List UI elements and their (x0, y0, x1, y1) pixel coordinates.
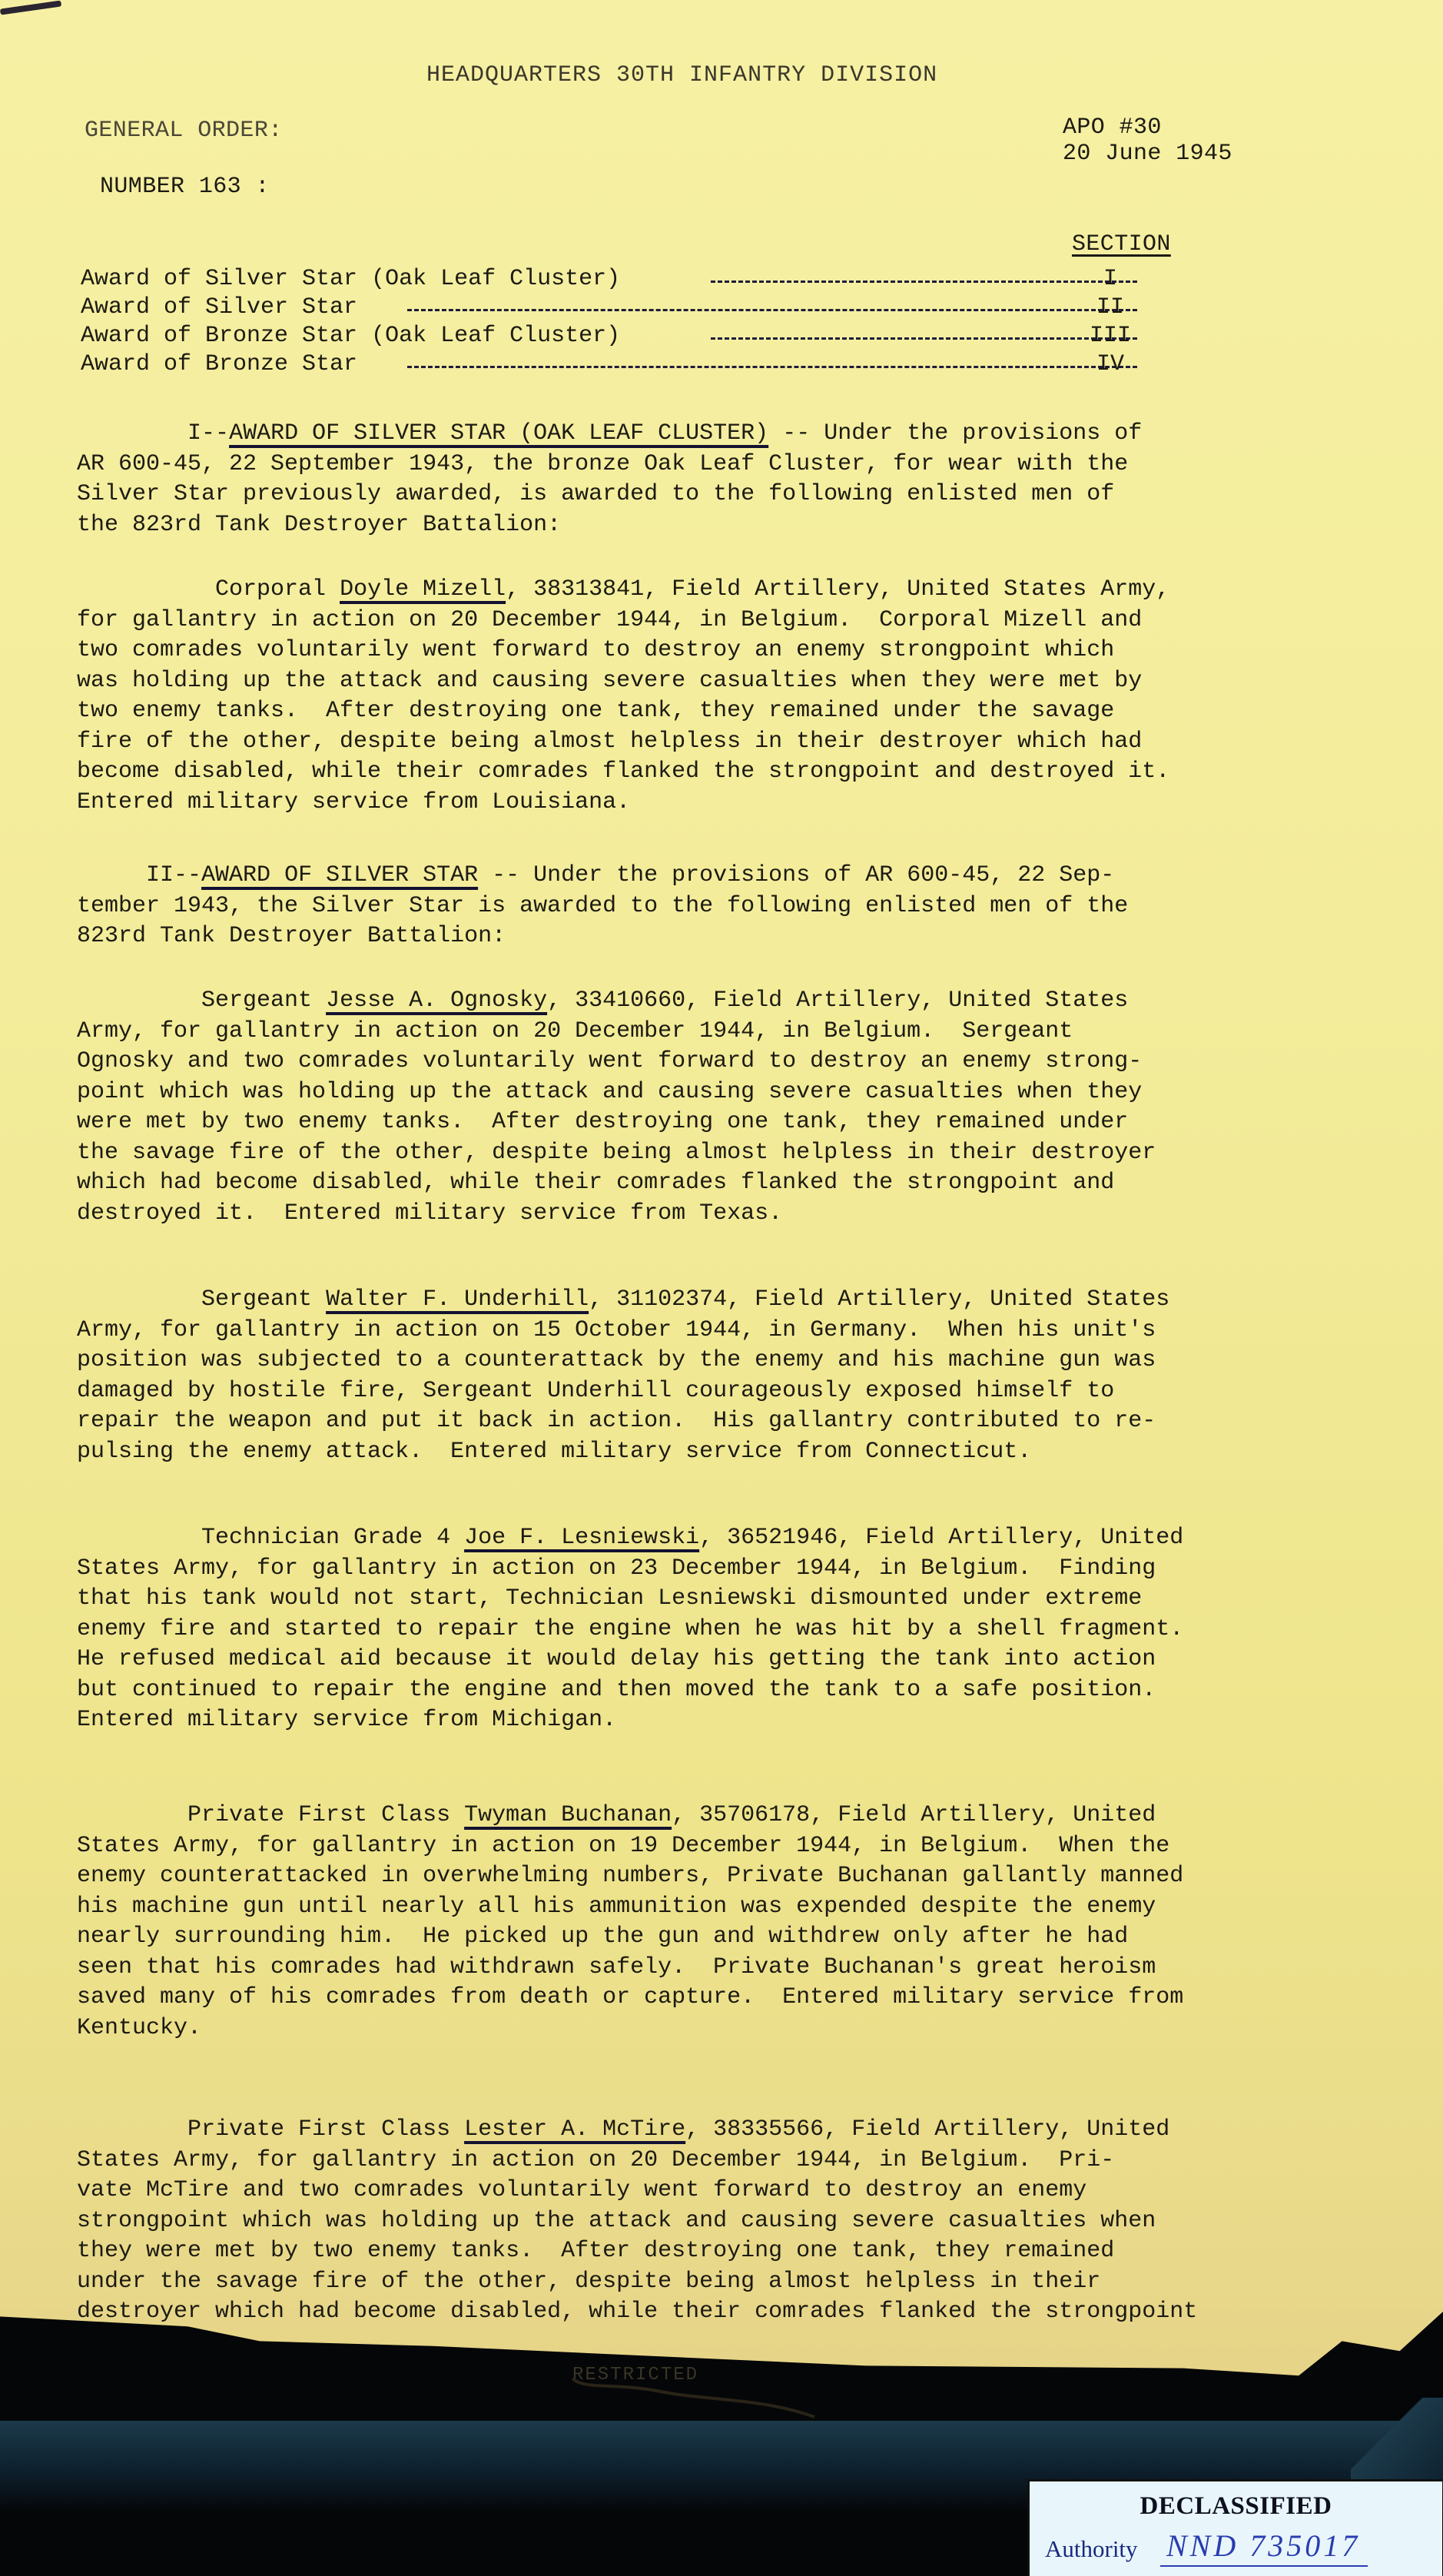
citation-line: which had become disabled, while their c… (77, 1168, 1414, 1199)
section-heading-line: II--AWARD OF SILVER STAR -- Under the pr… (77, 861, 1414, 891)
citation-line: Private First Class Twyman Buchanan, 357… (77, 1801, 1414, 1831)
torn-paper-corner (1351, 2398, 1443, 2482)
citation-line: two enemy tanks. After destroying one ta… (77, 696, 1414, 727)
section-number: II (146, 862, 174, 888)
citation-line: were met by two enemy tanks. After destr… (77, 1107, 1414, 1138)
citation-underhill: Sergeant Walter F. Underhill, 31102374, … (77, 1285, 1414, 1467)
awardee-name: Joe F. Lesniewski (464, 1525, 699, 1551)
toc-section-number: IV (1087, 350, 1133, 379)
awardee-name: Doyle Mizell (340, 576, 506, 603)
citation-line: Entered military service from Louisiana. (77, 788, 1414, 818)
citation-line: they were met by two enemy tanks. After … (77, 2236, 1414, 2267)
toc-row: Award of Bronze Star IV (81, 350, 357, 379)
awardee-name: Lester A. McTire (464, 2116, 685, 2143)
leader-dashes (711, 281, 1137, 283)
citation-line: Kentucky. (77, 2013, 1414, 2044)
citation-line: States Army, for gallantry in action on … (77, 2146, 1414, 2176)
awardee-name: Jesse A. Ognosky (326, 988, 547, 1014)
section-column-header: SECTION (1072, 231, 1171, 259)
section-i: I--AWARD OF SILVER STAR (OAK LEAF CLUSTE… (77, 419, 1414, 540)
citation-line: his machine gun until nearly all his amm… (77, 1892, 1414, 1923)
serial-number: 36521946 (727, 1525, 838, 1551)
citation-line: the savage fire of the other, despite be… (77, 1138, 1414, 1169)
intro-line: tember 1943, the Silver Star is awarded … (77, 891, 1414, 922)
intro-line: Silver Star previously awarded, is award… (77, 480, 1414, 510)
citation-line: destroyed it. Entered military service f… (77, 1199, 1414, 1230)
stamp-title: DECLASSIFIED (1030, 2492, 1442, 2521)
citation-line: but continued to repair the engine and t… (77, 1675, 1414, 1706)
citation-line: Sergeant Walter F. Underhill, 31102374, … (77, 1285, 1414, 1316)
toc-label: Award of Silver Star (81, 294, 357, 320)
citation-line: Corporal Doyle Mizell, 38313841, Field A… (77, 575, 1414, 606)
citation-line: nearly surrounding him. He picked up the… (77, 1922, 1414, 1953)
citation-line: enemy counterattacked in overwhelming nu… (77, 1861, 1414, 1892)
toc-row: Award of Bronze Star (Oak Leaf Cluster) … (81, 322, 620, 350)
section-number: I (187, 420, 201, 446)
citation-line: Technician Grade 4 Joe F. Lesniewski, 36… (77, 1523, 1414, 1554)
citation-line: damaged by hostile fire, Sergeant Underh… (77, 1376, 1414, 1407)
serial-number: 35706178 (699, 1802, 810, 1828)
section-heading-line: I--AWARD OF SILVER STAR (OAK LEAF CLUSTE… (77, 419, 1414, 450)
citation-line: Army, for gallantry in action on 20 Dece… (77, 1017, 1414, 1047)
citation-line: Private First Class Lester A. McTire, 38… (77, 2115, 1414, 2146)
citation-mizell: Corporal Doyle Mizell, 38313841, Field A… (77, 575, 1414, 818)
citation-mctire: Private First Class Lester A. McTire, 38… (77, 2115, 1414, 2328)
stamp-authority-label: Authority (1045, 2535, 1138, 2563)
citation-line: fire of the other, despite being almost … (77, 727, 1414, 758)
citation-line: States Army, for gallantry in action on … (77, 1831, 1414, 1862)
section-ii: II--AWARD OF SILVER STAR -- Under the pr… (77, 861, 1414, 952)
citation-line: pulsing the enemy attack. Entered milita… (77, 1437, 1414, 1468)
toc-row: Award of Silver Star (Oak Leaf Cluster) … (81, 265, 620, 294)
citation-line: point which was holding up the attack an… (77, 1077, 1414, 1108)
toc-row: Award of Silver Star II (81, 294, 357, 322)
general-order-label: GENERAL ORDER: (85, 117, 283, 145)
citation-line: become disabled, while their comrades fl… (77, 757, 1414, 788)
intro-line: AR 600-45, 22 September 1943, the bronze… (77, 450, 1414, 480)
toc-label: Award of Silver Star (Oak Leaf Cluster) (81, 266, 620, 292)
citation-line: enemy fire and started to repair the eng… (77, 1615, 1414, 1645)
apo-number: APO #30 (1063, 114, 1162, 142)
citation-line: under the savage fire of the other, desp… (77, 2267, 1414, 2298)
citation-ognosky: Sergeant Jesse A. Ognosky, 33410660, Fie… (77, 986, 1414, 1229)
citation-line: Entered military service from Michigan. (77, 1705, 1414, 1736)
order-date: 20 June 1945 (1063, 140, 1232, 168)
citation-line: for gallantry in action on 20 December 1… (77, 606, 1414, 636)
citation-line: vate McTire and two comrades voluntarily… (77, 2176, 1414, 2206)
stamp-authority-value: NND 735017 (1160, 2528, 1368, 2567)
serial-number: 31102374 (616, 1286, 727, 1313)
leader-dashes (711, 337, 1137, 340)
serial-number: 38335566 (713, 2116, 824, 2143)
intro-line: 823rd Tank Destroyer Battalion: (77, 921, 1414, 952)
toc-section-number: I (1087, 265, 1133, 294)
toc-section-number: III (1087, 322, 1133, 350)
toc-section-number: II (1087, 294, 1133, 322)
citation-lesniewski: Technician Grade 4 Joe F. Lesniewski, 36… (77, 1523, 1414, 1736)
citation-line: seen that his comrades had withdrawn saf… (77, 1953, 1414, 1983)
citation-line: strongpoint which was holding up the att… (77, 2206, 1414, 2237)
citation-line: Army, for gallantry in action on 15 Octo… (77, 1316, 1414, 1346)
serial-number: 33410660 (575, 988, 685, 1014)
citation-line: States Army, for gallantry in action on … (77, 1554, 1414, 1585)
citation-line: saved many of his comrades from death or… (77, 1983, 1414, 2013)
awardee-name: Twyman Buchanan (464, 1802, 672, 1828)
headquarters-title: HEADQUARTERS 30TH INFANTRY DIVISION (426, 61, 937, 90)
citation-line: destroyer which had become disabled, whi… (77, 2297, 1414, 2328)
section-heading: AWARD OF SILVER STAR (201, 862, 478, 888)
citation-line: He refused medical aid because it would … (77, 1645, 1414, 1675)
order-number: NUMBER 163 : (100, 173, 270, 201)
intro-line: the 823rd Tank Destroyer Battalion: (77, 510, 1414, 541)
leader-dashes (407, 309, 1137, 311)
citation-line: was holding up the attack and causing se… (77, 666, 1414, 697)
toc-label: Award of Bronze Star (81, 351, 357, 377)
leader-dashes (407, 366, 1137, 368)
citation-line: Sergeant Jesse A. Ognosky, 33410660, Fie… (77, 986, 1414, 1017)
pen-stroke-icon (569, 2375, 822, 2421)
citation-line: repair the weapon and put it back in act… (77, 1406, 1414, 1437)
toc-label: Award of Bronze Star (Oak Leaf Cluster) (81, 323, 620, 349)
citation-line: position was subjected to a counterattac… (77, 1346, 1414, 1376)
citation-line: Ognosky and two comrades voluntarily wen… (77, 1047, 1414, 1077)
declassified-stamp: DECLASSIFIED Authority NND 735017 (1027, 2479, 1442, 2576)
citation-buchanan: Private First Class Twyman Buchanan, 357… (77, 1801, 1414, 2043)
citation-line: two comrades voluntarily went forward to… (77, 636, 1414, 666)
section-heading: AWARD OF SILVER STAR (OAK LEAF CLUSTER) (229, 420, 768, 446)
citation-line: that his tank would not start, Technicia… (77, 1584, 1414, 1615)
serial-number: 38313841 (533, 576, 644, 603)
awardee-name: Walter F. Underhill (326, 1286, 589, 1313)
